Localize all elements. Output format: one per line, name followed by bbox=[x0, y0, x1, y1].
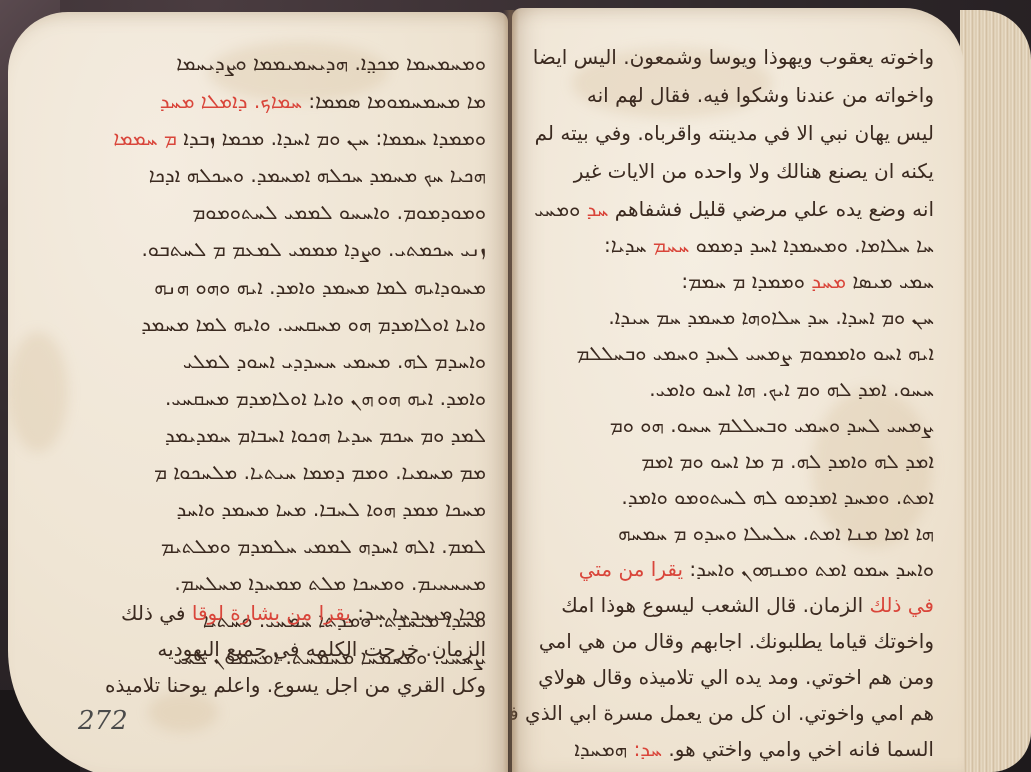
rubric-lection-title: يقرا من بشارة لوقا bbox=[192, 601, 351, 625]
rubric: ܡ ܚܡܡܐ bbox=[113, 126, 177, 150]
text-line: ܡܚܟܐ ܡܡܕ ܗܘܐ ܠܚܒܐ. ܡܚܐ ܡܚܡܕ ܘܐܚܕ bbox=[176, 496, 486, 522]
folio-number: 272 bbox=[78, 706, 128, 736]
rubric: ܚܕ: bbox=[634, 737, 662, 761]
text-line: ܚܐ ܚܠܐܡܐ. ܘܡܚܡܕܐ ܐܚܕ ܕܡܡܘ ܚܚܡ ܚܕܝܐ: bbox=[604, 232, 934, 258]
text-line: ومن هم اخوتي. ومد يده الي تلاميذه وقال ه… bbox=[538, 664, 934, 690]
rubric: ܚܕ bbox=[587, 197, 609, 221]
rubric-lection-title: يقرا من متي bbox=[579, 557, 683, 581]
text-line: ܘܐܚܕ ܚܡܘ ܐܡܬ ܘܡܢܗܘܢ ܘܐܚܕ: يقرا من متي bbox=[579, 556, 934, 582]
text-line: ܘܐܝܐ ܐܘܠܐܡܕܡ ܗܘ ܡܚܩܚܝ. ܘܐܝܗ ܠܡܐ ܡܚܡܕ bbox=[141, 311, 486, 337]
left-page: ܘܡܚܡܚܡܐ ܡܟܕ݂ܐ. ܗܕܝܚܡܝܡܡܐ ܘܨܕܝܚܡܐ ܡܐ ܡܚܡܚ… bbox=[8, 12, 508, 772]
right-page: واخوته يعقوب ويهوذا ويوسا وشمعون. اليس ا… bbox=[512, 8, 964, 772]
text-line: ليس يهان نبي الا في مدينته واقرباه. وفي … bbox=[535, 120, 934, 146]
text-line: الزمان. خرجت الكلمه في جميع اليهوديه bbox=[157, 636, 486, 662]
text-line: ܗܟܝܐ ܚܟ ܡܚܡܕ ܚܟܠܗ ܐܡܚܡܕ. ܘܚܟܠܗ ܐܕܟܐ bbox=[149, 162, 486, 188]
text-line: في ذلك الزمان. قال الشعب ليسوع هوذا امك bbox=[561, 592, 934, 618]
text-line: ܠܡܕ ܘܡ ܚܟܡ ܚܕܝܐ ܗܟܘܐ ܐܚܒܐܡ ܚܡܕܝܡܕ bbox=[165, 422, 486, 448]
water-stain bbox=[8, 332, 68, 452]
rubric: في ذلك bbox=[870, 593, 934, 617]
text-line: ܡܚܚܚܝܡ. ܘܡܚܟܐ ܡܠܬ ܡܡܚܕܐ ܡܚܠܚܡ. bbox=[174, 570, 486, 596]
text-line: ܡܡ ܡܚܡܝܐ. ܘܡܡ ܕܡܡܐ ܚܝܬܝܐ. ܡܠܚܟܘܐ ܡ bbox=[154, 459, 486, 485]
text-line: ܡܐ ܡܚܡܚܡܘܡܐ ܣܡܡܐ: ܚܡܐܟ. ܕܐܡܠܐ ܡܚܕ bbox=[160, 88, 486, 114]
text-line: ܗܐ ܐܡܐ ܡܢܐ ܐܡܬ. ܚܠܚܠܐ ܘܚܕܘ ܡ ܚܡܚܗ bbox=[618, 520, 934, 546]
text-line: ܘܐܡܕ. ܐܝܗ ܗܘ ܗܢ ܘܐܝܐ ܐܘܠܐܡܕܡ ܡܚܩܚܝ. bbox=[165, 385, 486, 411]
text-line: ܠܡܡ. ܐܠܗ ܐܚܕܗ ܠܡܡܝ ܚܠܡܕܡ ܘܡܠܬܝܡ bbox=[161, 533, 486, 559]
text-line: ܨܡܚܝ ܠܚܕ ܘܚܡܝ ܘܒܚܠܠܡ ܚܚܘ. ܗܘ ܘܡ bbox=[610, 412, 934, 438]
text-line: ܐܝܗ ܐܚܘ ܘܐܡܡܘܡ ܨܡܚܝ ܠܚܕ ܘܚܡܝ ܘܒܚܠܠܡ bbox=[576, 340, 934, 366]
text-line: واخوته يعقوب ويهوذا ويوسا وشمعون. اليس ا… bbox=[533, 44, 934, 70]
page-edges bbox=[960, 10, 1031, 772]
text-line: وكل القري من اجل يسوع. واعلم يوحنا تلامي… bbox=[105, 672, 486, 698]
text-line: واخوتك قياما يطلبونك. اجابهم وقال من هي … bbox=[539, 628, 934, 654]
text-line: ܚܚܘ. ܐܡܕ ܠܗ ܘܡ ܐܝܟ. ܗܐ ܐܚܘ ܘܐܡܝ. bbox=[649, 376, 934, 402]
text-line: السما فانه اخي وامي واختي هو. ܚܕ: ܗܡܚܕܐ bbox=[574, 736, 934, 762]
rubric: ܡܚܕ bbox=[811, 269, 846, 293]
text-line: ܘܐܚܕܡ ܠܗ. ܡܚܡܝ ܚܚܕܕܝ ܐܚܘܕ ܠܡܠܝ bbox=[183, 348, 486, 374]
text-line: واخواته من عندنا وشكوا فيه. فقال لهم انه bbox=[587, 82, 934, 108]
rubric: ܚܡܐܟ. ܕܐܡܠܐ ܡܚܕ bbox=[160, 89, 302, 113]
text-line: انه وضع يده علي مرضي قليل فشفاهم ܚܕ ܘܡܚܝ bbox=[534, 196, 934, 222]
text-line: ܐܡܕ ܠܗ ܘܐܡܕ ܠܗ. ܡ ܡܐ ܐܚܘ ܘܡ ܐܡܡ bbox=[641, 448, 934, 474]
book-gutter bbox=[503, 10, 519, 772]
rubric: ܚܚܡ bbox=[653, 233, 689, 257]
text-line: ܚܢ ܘܡ ܐܚܕܐ. ܚܕ ܚܠܐܘܗܐ ܡܚܡܕ ܚܡ ܚܝܕܐ. bbox=[608, 304, 934, 330]
text-line: ܡܚܘܕܐܝܗ ܠܡܐ ܡܚܡܕ ܘܐܡܕ. ܐܝܗ ܘܗܘ ܗܢܗ bbox=[154, 274, 486, 300]
text-line: ܘܡܡܕܐ ܚܡܡܐ: ܚܢ ܘܡ ܐܚܕܐ. ܡܟܡܐ ܙܒܕܐ ܡ ܚܡܡܐ bbox=[113, 125, 486, 151]
text-line: يكنه ان يصنع هنالك ولا واحده من الايات غ… bbox=[574, 158, 934, 184]
text-line: ܙܢܝ ܚܟܡܬܝ. ܘܨܕܐ ܡܡܡܝ ܠܡܥܡ ܡ ܠܚܬܒܘ. bbox=[141, 236, 486, 262]
text-line: ܘܡܘܕܡܘܡ. ܘܐܚܚܘ ܠܡܡܝ ܠܚܬܘܡܘܡ bbox=[192, 199, 486, 225]
text-line: ܘܟܐ ܡܝܚܕܚܐ ܚܕ: يقرا من بشارة لوقا في ذلك bbox=[121, 600, 486, 626]
text-line: ܐܡܬ. ܘܡܚܕ ܐܡܕܡܘ ܠܗ ܠܚܬܘܡܘ ܘܐܡܕ. bbox=[621, 484, 934, 510]
text-line: هم امي واخوتي. ان كل من يعمل مسرة ابي ال… bbox=[512, 700, 934, 726]
text-line: ܚܡܝ ܡܝܣܐ ܡܚܕ ܘܡܡܕܐ ܡ ܚܡܡ: bbox=[681, 268, 934, 294]
photo-background: ܘܡܚܡܚܡܐ ܡܟܕ݂ܐ. ܗܕܝܚܡܝܡܡܐ ܘܨܕܝܚܡܐ ܡܐ ܡܚܡܚ… bbox=[0, 0, 1031, 772]
water-stain bbox=[148, 692, 218, 732]
text-line: ܘܡܚܡܚܡܐ ܡܟܕ݂ܐ. ܗܕܝܚܡܝܡܡܐ ܘܨܕܝܚܡܐ bbox=[176, 50, 486, 76]
